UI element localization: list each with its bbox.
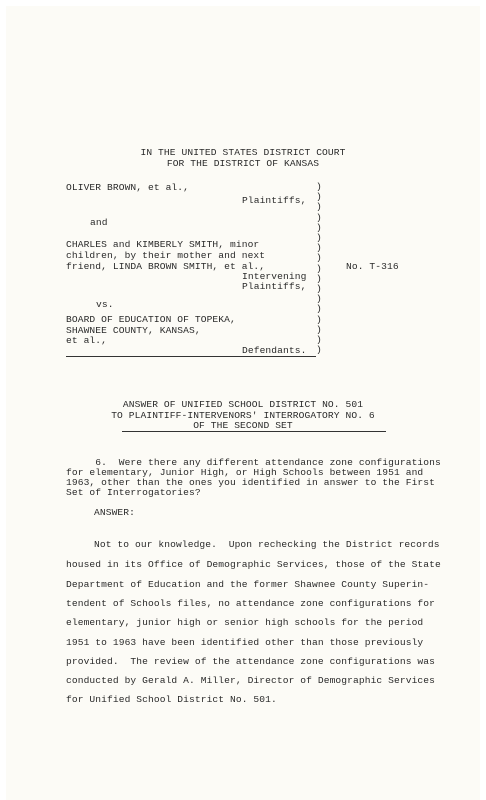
defendants-label: Defendants. [242, 345, 306, 356]
plaintiffs-name: OLIVER BROWN, et al., [66, 182, 189, 193]
plaintiffs-label: Plaintiffs, [242, 195, 306, 206]
intervenors-line-3: friend, LINDA BROWN SMITH, et al., [66, 261, 265, 272]
answer-line-3: Department of Education and the former S… [66, 579, 429, 590]
title-line-3: OF THE SECOND SET [6, 420, 480, 431]
document-page: IN THE UNITED STATES DISTRICT COURT FOR … [6, 6, 480, 800]
answer-line-1: Not to our knowledge. Upon rechecking th… [94, 539, 440, 550]
answer-line-7: provided. The review of the attendance z… [66, 656, 435, 667]
answer-label: ANSWER: [94, 507, 135, 518]
question-line-4: Set of Interrogatories? [66, 487, 201, 498]
court-name: IN THE UNITED STATES DISTRICT COURT [6, 147, 480, 158]
answer-line-5: elementary, junior high or senior high s… [66, 617, 423, 628]
answer-line-6: 1951 to 1963 have been identified other … [66, 637, 423, 648]
case-number: No. T-316 [346, 261, 399, 272]
intervenors-line-1: CHARLES and KIMBERLY SMITH, minor [66, 239, 259, 250]
answer-line-9: for Unified School District No. 501. [66, 694, 277, 705]
answer-line-2: housed in its Office of Demographic Serv… [66, 559, 441, 570]
answer-line-8: conducted by Gerald A. Miller, Director … [66, 675, 435, 686]
caption-parens: ) ) ) ) ) ) ) ) ) ) ) ) ) ) ) ) ) [316, 182, 322, 355]
defendants-line-3: et al., [66, 335, 107, 346]
defendants-line-1: BOARD OF EDUCATION OF TOPEKA, [66, 314, 236, 325]
caption-underline [66, 356, 316, 357]
court-district: FOR THE DISTRICT OF KANSAS [6, 158, 480, 169]
title-underline [122, 431, 386, 432]
intervenors-line-2: children, by their mother and next [66, 250, 265, 261]
answer-line-4: tendent of Schools files, no attendance … [66, 598, 435, 609]
caption-vs: vs. [96, 299, 114, 310]
title-line-1: ANSWER OF UNIFIED SCHOOL DISTRICT NO. 50… [6, 399, 480, 410]
caption-and: and [90, 217, 108, 228]
intervenors-label-2: Plaintiffs, [242, 281, 306, 292]
